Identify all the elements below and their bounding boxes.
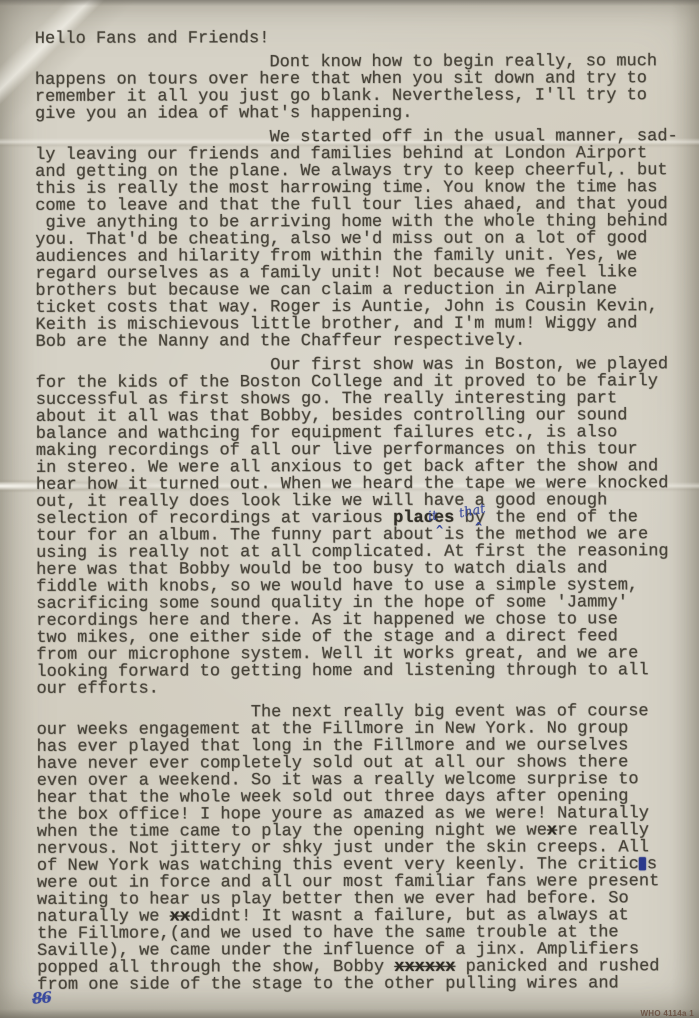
insertion-caret-icon: ^ [475, 520, 482, 534]
text-segment: Hello Fans and Friends! [35, 29, 270, 49]
paragraph: Dont know how to begin really, so muchha… [35, 53, 680, 123]
paragraph: Hello Fans and Friends! [35, 29, 680, 48]
scan-edge-bottom [0, 1009, 699, 1018]
typed-line: give you an idea of what's happening. [35, 104, 680, 123]
text-segment: Bob are the Nanny and the Chaffeur respe… [36, 332, 526, 352]
paragraph: We started off in the usual manner, sad-… [35, 128, 681, 351]
paragraph: Our first show was in Boston, we playedf… [36, 356, 682, 698]
handwritten-scribble: 86 [31, 988, 51, 1008]
typed-line: Hello Fans and Friends! [35, 29, 680, 48]
scan-edge-top [0, 0, 699, 6]
paragraph: The next really big event was of courseo… [36, 703, 682, 994]
archive-number: WHO 4114a 1 [640, 1009, 694, 1018]
typed-line: looking forward to getting home and list… [36, 662, 681, 681]
text-segment: from one side of the stage to the other … [37, 974, 619, 995]
letter-page: Hello Fans and Friends! Dont know how to… [0, 0, 699, 1018]
typed-line: Bob are the Nanny and the Chaffeur respe… [36, 332, 681, 351]
letter-body: Hello Fans and Friends! Dont know how to… [35, 29, 683, 1001]
typed-line: our efforts. [36, 679, 681, 698]
text-segment: give you an idea of what's happening. [35, 104, 413, 124]
insertion-caret-icon: ^ [436, 523, 443, 537]
ink-blot [639, 857, 646, 870]
typed-line: from one side of the stage to the other … [37, 975, 682, 994]
text-segment: our efforts. [36, 680, 158, 699]
